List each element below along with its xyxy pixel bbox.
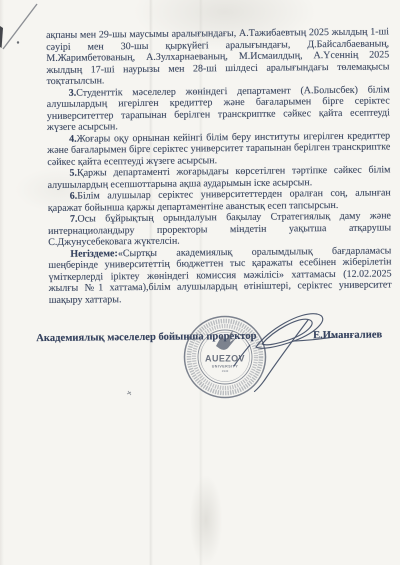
- paragraph-text: Қаржы департаменті жоғарыдағы көрсетілге…: [48, 164, 391, 190]
- university-seal-stamp: AUEZOV UNIVERSITY 1943: [183, 315, 267, 399]
- paragraph: 3.Студенттік мәселелер жөніндегі департа…: [47, 84, 390, 134]
- paragraph-text: ақпаны мен 29-шы маусымы аралығындағы, А…: [46, 26, 389, 87]
- paragraph-text: Студенттік мәселелер жөніндегі департаме…: [47, 84, 390, 133]
- paragraph: 7.Осы бұйрықтың орындалуын бақылау Страт…: [48, 210, 391, 248]
- seal-title: AUEZOV: [205, 354, 245, 364]
- justification-label: Негіздеме:: [70, 248, 118, 259]
- stray-mark: [127, 391, 131, 395]
- scanned-document-page: ақпаны мен 29-шы маусымы аралығындағы, А…: [0, 0, 400, 565]
- document-text-block: ақпаны мен 29-шы маусымы аралығындағы, А…: [46, 26, 392, 344]
- paragraph-number: 7.: [70, 214, 78, 225]
- paragraph-text: Жоғары оқу орнынан кейінгі білім беру ин…: [47, 130, 390, 168]
- paragraph-number: 6.: [70, 191, 78, 202]
- paragraph-number: 5.: [69, 168, 77, 179]
- paragraph-text: Осы бұйрықтың орындалуын бақылау Стратег…: [48, 210, 391, 248]
- stray-dot: [17, 41, 19, 43]
- paragraph: ақпаны мен 29-шы маусымы аралығындағы, А…: [46, 26, 390, 87]
- fold-line: [3, 4, 37, 49]
- paragraph: 4.Жоғары оқу орнынан кейінгі білім беру …: [47, 130, 390, 168]
- seal-year: 1943: [222, 369, 229, 373]
- signatory-name: Е.Иманғалиев: [313, 329, 382, 341]
- paragraph-number: 3.: [69, 87, 77, 98]
- page-edge-mark: [0, 26, 3, 48]
- paragraph-justification: Негіздеме:«Сыртқы академиялық оралымдылы…: [48, 245, 392, 306]
- paragraph-number: 4.: [69, 133, 77, 144]
- paragraph-text: Білім алушылар серіктес университеттерде…: [48, 187, 391, 213]
